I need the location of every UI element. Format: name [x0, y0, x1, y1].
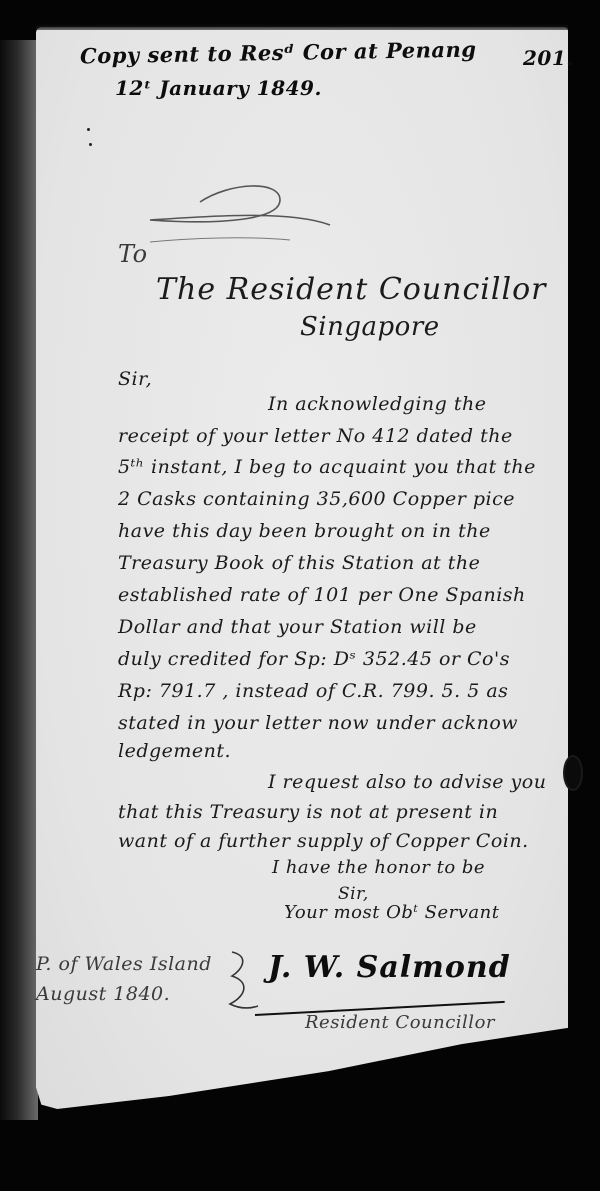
- body-line: established rate of 101 per One Spanish: [118, 584, 526, 606]
- page-top-edge: [36, 24, 568, 30]
- recipient-place: Singapore: [300, 312, 440, 342]
- body-line: Treasury Book of this Station at the: [118, 552, 480, 574]
- body-line: 2 Casks containing 35,600 Copper pice: [118, 488, 515, 510]
- body-line: duly credited for Sp: Dˢ 352.45 or Co's: [118, 648, 510, 670]
- page-number: 201.: [523, 46, 574, 70]
- body-line: stated in your letter now under acknow: [118, 712, 518, 734]
- signature-title: Resident Councillor: [305, 1012, 495, 1033]
- body-line: receipt of your letter No 412 dated the: [118, 425, 513, 447]
- signature-name: J. W. Salmond: [268, 950, 511, 985]
- body-line: want of a further supply of Copper Coin.: [118, 830, 529, 852]
- greeting: Sir,: [118, 368, 152, 390]
- body-line: In acknowledging the: [268, 393, 486, 415]
- page-binding-shadow: [0, 40, 38, 1120]
- date-line: August 1840.: [36, 983, 170, 1005]
- body-line: I request also to advise you: [268, 771, 546, 793]
- body-line: 5ᵗʰ instant, I beg to acquaint you that …: [118, 456, 536, 478]
- closing-line3: Your most Obᵗ Servant: [284, 902, 499, 923]
- margin-dot: [89, 143, 92, 146]
- body-line: that this Treasury is not at present in: [118, 801, 498, 823]
- place-line: P. of Wales Island: [36, 953, 212, 975]
- body-line: Rp: 791.7 , instead of C.R. 799. 5. 5 as: [118, 680, 508, 702]
- header-note-line2: 12ᵗ January 1849.: [115, 76, 322, 100]
- recipient-title: The Resident Councillor: [156, 272, 546, 307]
- bracket-flourish: [222, 948, 262, 1018]
- flourish-decoration: [130, 180, 360, 260]
- body-line: Dollar and that your Station will be: [118, 616, 477, 638]
- binding-ring: [563, 755, 583, 791]
- salutation-prefix: To: [118, 240, 148, 268]
- margin-dot: [87, 128, 90, 131]
- closing-line1: I have the honor to be: [272, 857, 485, 878]
- body-line: ledgement.: [118, 740, 231, 762]
- body-line: have this day been brought on in the: [118, 520, 491, 542]
- closing-line2: Sir,: [338, 884, 369, 904]
